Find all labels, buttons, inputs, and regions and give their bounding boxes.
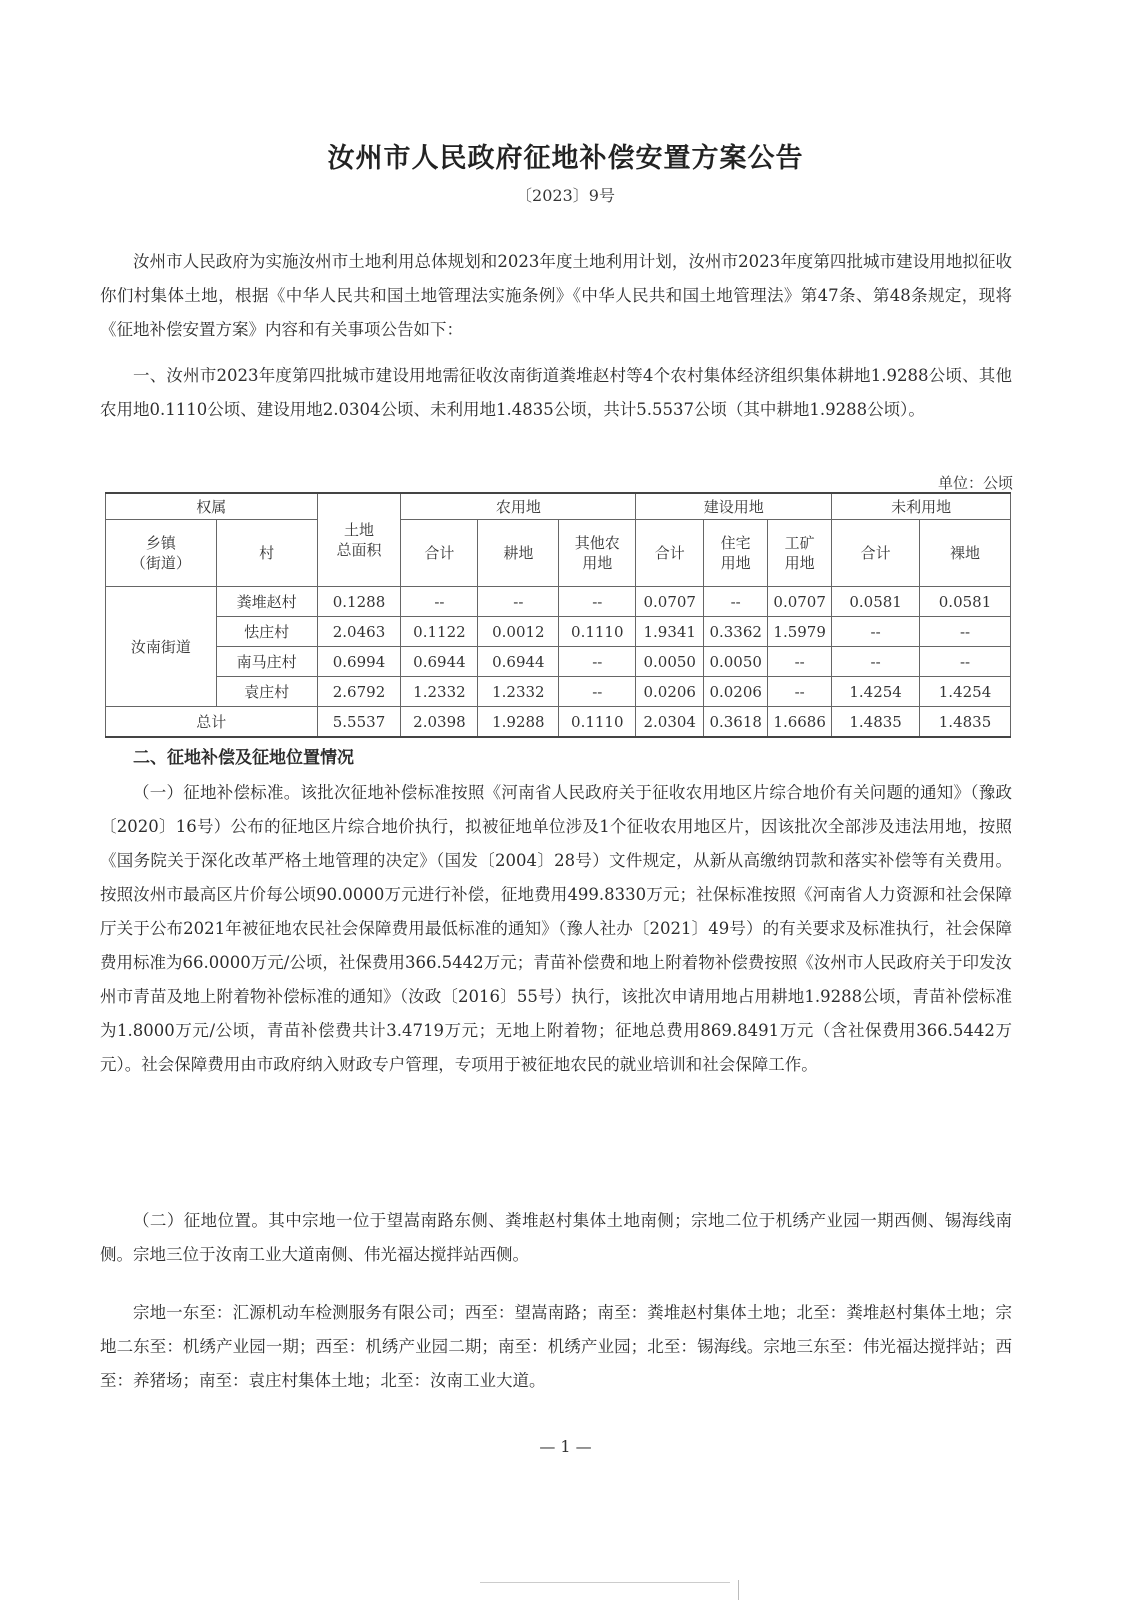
industrial-cell: 1.6686 bbox=[768, 707, 832, 738]
header-agricultural: 农用地 bbox=[401, 493, 636, 520]
cons-total-cell: 0.0707 bbox=[636, 587, 704, 617]
total-cell: 0.1288 bbox=[317, 587, 401, 617]
section1-paragraph: 一、汝州市2023年度第四批城市建设用地需征收汝南街道粪堆赵村等4个农村集体经济… bbox=[100, 359, 1012, 427]
cons-total-cell: 2.0304 bbox=[636, 707, 704, 738]
header-agri-total: 合计 bbox=[401, 520, 478, 587]
cultivated-cell: -- bbox=[478, 587, 559, 617]
agri-total-cell: 2.0398 bbox=[401, 707, 478, 738]
village-cell: 怯庄村 bbox=[216, 617, 317, 647]
total-cell: 0.6994 bbox=[317, 647, 401, 677]
land-acquisition-table: 权属 土地 总面积 农用地 建设用地 未利用地 乡镇 （街道） 村 合计 耕地 … bbox=[105, 492, 1011, 738]
cons-total-cell: 0.0206 bbox=[636, 677, 704, 707]
header-construction: 建设用地 bbox=[636, 493, 832, 520]
table-row: 袁庄村 2.6792 1.2332 1.2332 -- 0.0206 0.020… bbox=[106, 677, 1011, 707]
header-cons-total: 合计 bbox=[636, 520, 704, 587]
header-unused-total: 合计 bbox=[832, 520, 920, 587]
table-header-row-2: 乡镇 （街道） 村 合计 耕地 其他农 用地 合计 住宅 用地 工矿 用地 合计… bbox=[106, 520, 1011, 587]
header-township: 乡镇 （街道） bbox=[106, 520, 217, 587]
header-residential: 住宅 用地 bbox=[704, 520, 768, 587]
township-cell: 汝南街道 bbox=[106, 587, 217, 707]
residential-cell: 0.3362 bbox=[704, 617, 768, 647]
industrial-cell: -- bbox=[768, 647, 832, 677]
unused-total-cell: 1.4835 bbox=[832, 707, 920, 738]
bare-cell: 1.4835 bbox=[920, 707, 1011, 738]
document-title: 汝州市人民政府征地补偿安置方案公告 bbox=[0, 136, 1131, 175]
agri-total-cell: 0.6944 bbox=[401, 647, 478, 677]
industrial-cell: -- bbox=[768, 677, 832, 707]
cons-total-cell: 0.0050 bbox=[636, 647, 704, 677]
other-agri-cell: -- bbox=[559, 677, 636, 707]
cons-total-cell: 1.9341 bbox=[636, 617, 704, 647]
other-agri-cell: 0.1110 bbox=[559, 617, 636, 647]
cultivated-cell: 0.0012 bbox=[478, 617, 559, 647]
industrial-cell: 1.5979 bbox=[768, 617, 832, 647]
table-totals-row: 总计 5.5537 2.0398 1.9288 0.1110 2.0304 0.… bbox=[106, 707, 1011, 738]
bottom-tick-mark bbox=[738, 1580, 739, 1600]
bare-cell: -- bbox=[920, 617, 1011, 647]
residential-cell: 0.0050 bbox=[704, 647, 768, 677]
header-cultivated: 耕地 bbox=[478, 520, 559, 587]
unused-total-cell: -- bbox=[832, 617, 920, 647]
boundaries-paragraph: 宗地一东至：汇源机动车检测服务有限公司；西至：望嵩南路；南至：粪堆赵村集体土地；… bbox=[100, 1296, 1012, 1398]
document-page: 汝州市人民政府征地补偿安置方案公告 〔2023〕9号 汝州市人民政府为实施汝州市… bbox=[0, 0, 1131, 1600]
residential-cell: 0.0206 bbox=[704, 677, 768, 707]
section2-heading: 二、征地补偿及征地位置情况 bbox=[133, 743, 354, 768]
totals-label: 总计 bbox=[106, 707, 318, 738]
document-number: 〔2023〕9号 bbox=[0, 183, 1131, 206]
compensation-standard-paragraph: （一）征地补偿标准。该批次征地补偿标准按照《河南省人民政府关于征收农用地区片综合… bbox=[100, 776, 1012, 1082]
unit-label: 单位：公顷 bbox=[938, 472, 1013, 493]
agri-total-cell: 0.1122 bbox=[401, 617, 478, 647]
table-header-row-1: 权属 土地 总面积 农用地 建设用地 未利用地 bbox=[106, 493, 1011, 520]
unused-total-cell: -- bbox=[832, 647, 920, 677]
bare-cell: -- bbox=[920, 647, 1011, 677]
bare-cell: 1.4254 bbox=[920, 677, 1011, 707]
table-row: 南马庄村 0.6994 0.6944 0.6944 -- 0.0050 0.00… bbox=[106, 647, 1011, 677]
bottom-divider bbox=[480, 1582, 730, 1583]
intro-paragraph: 汝州市人民政府为实施汝州市土地利用总体规划和2023年度土地利用计划，汝州市20… bbox=[100, 245, 1012, 347]
table-row: 汝南街道 粪堆赵村 0.1288 -- -- -- 0.0707 -- 0.07… bbox=[106, 587, 1011, 617]
other-agri-cell: -- bbox=[559, 587, 636, 617]
header-industrial: 工矿 用地 bbox=[768, 520, 832, 587]
cultivated-cell: 1.2332 bbox=[478, 677, 559, 707]
unused-total-cell: 0.0581 bbox=[832, 587, 920, 617]
cultivated-cell: 0.6944 bbox=[478, 647, 559, 677]
village-cell: 袁庄村 bbox=[216, 677, 317, 707]
total-cell: 5.5537 bbox=[317, 707, 401, 738]
header-other-agri: 其他农 用地 bbox=[559, 520, 636, 587]
other-agri-cell: -- bbox=[559, 647, 636, 677]
unused-total-cell: 1.4254 bbox=[832, 677, 920, 707]
total-cell: 2.6792 bbox=[317, 677, 401, 707]
other-agri-cell: 0.1110 bbox=[559, 707, 636, 738]
table-row: 怯庄村 2.0463 0.1122 0.0012 0.1110 1.9341 0… bbox=[106, 617, 1011, 647]
agri-total-cell: 1.2332 bbox=[401, 677, 478, 707]
total-cell: 2.0463 bbox=[317, 617, 401, 647]
bare-cell: 0.0581 bbox=[920, 587, 1011, 617]
village-cell: 南马庄村 bbox=[216, 647, 317, 677]
header-total-area: 土地 总面积 bbox=[317, 493, 401, 587]
cultivated-cell: 1.9288 bbox=[478, 707, 559, 738]
residential-cell: -- bbox=[704, 587, 768, 617]
header-unused: 未利用地 bbox=[832, 493, 1011, 520]
header-bare: 裸地 bbox=[920, 520, 1011, 587]
village-cell: 粪堆赵村 bbox=[216, 587, 317, 617]
agri-total-cell: -- bbox=[401, 587, 478, 617]
residential-cell: 0.3618 bbox=[704, 707, 768, 738]
header-ownership: 权属 bbox=[106, 493, 318, 520]
page-number: — 1 — bbox=[0, 1437, 1131, 1456]
industrial-cell: 0.0707 bbox=[768, 587, 832, 617]
header-village: 村 bbox=[216, 520, 317, 587]
location-paragraph: （二）征地位置。其中宗地一位于望嵩南路东侧、粪堆赵村集体土地南侧；宗地二位于机绣… bbox=[100, 1204, 1012, 1272]
